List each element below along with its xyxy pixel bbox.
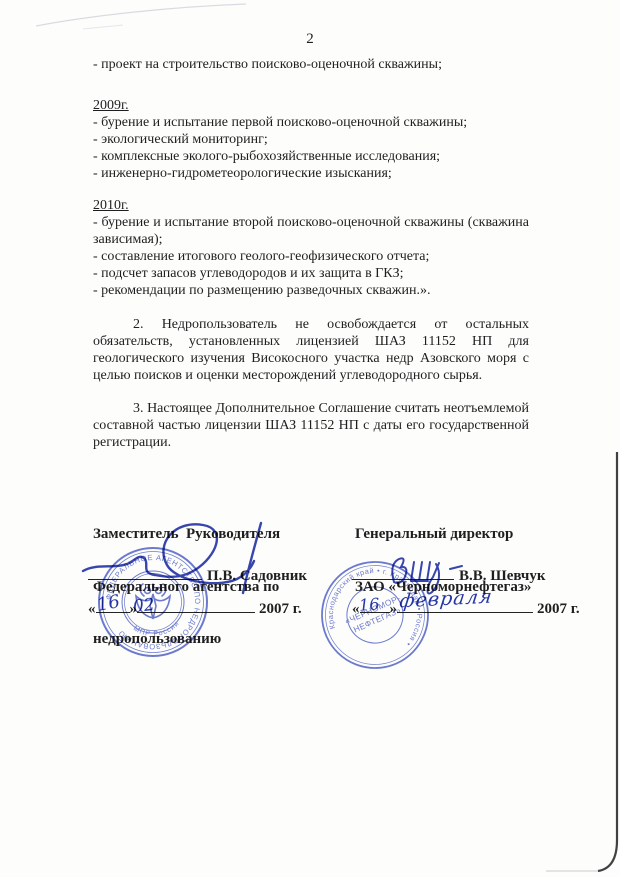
paragraph-3: 3. Настоящее Дополнительное Соглашение с… [93, 400, 529, 451]
list-item: - бурение и испытание второй поисково-оц… [93, 214, 529, 248]
section-heading-2009: 2009г. [93, 98, 129, 113]
section-heading-2010: 2010г. [93, 198, 129, 213]
list-item: - составление итогового геолого-геофизич… [93, 248, 529, 265]
handwritten-month-left: 02 [132, 595, 156, 617]
stamp-arc-text: МПР России [132, 619, 181, 639]
list-item: - комплексные эколого-рыбохозяйственные … [93, 148, 529, 165]
scan-artifact-page-edge [540, 440, 620, 877]
document-body: - проект на строительство поисково-оцено… [93, 56, 529, 451]
list-item: - экологический мониторинг; [93, 131, 529, 148]
handwritten-day-left: 16 [95, 591, 121, 616]
list-item: - бурение и испытание первой поисково-оц… [93, 114, 529, 131]
scan-artifact-topleft [28, 0, 258, 34]
page-number: 2 [0, 31, 620, 48]
paragraph-2: 2. Недропользователь не освобождается от… [93, 316, 529, 384]
list-item: - подсчет запасов углеводородов и их защ… [93, 265, 529, 282]
scanned-document-page: 2 - проект на строительство поисково-оце… [0, 0, 620, 877]
list-item: - рекомендации по размещению разведочных… [93, 282, 529, 299]
handwritten-day-right: 16 [358, 594, 380, 614]
list-item: - проект на строительство поисково-оцено… [93, 56, 529, 73]
svg-text:МПР России: МПР России [132, 619, 181, 639]
list-item: - инженерно-гидрометеорологические изыск… [93, 165, 529, 182]
